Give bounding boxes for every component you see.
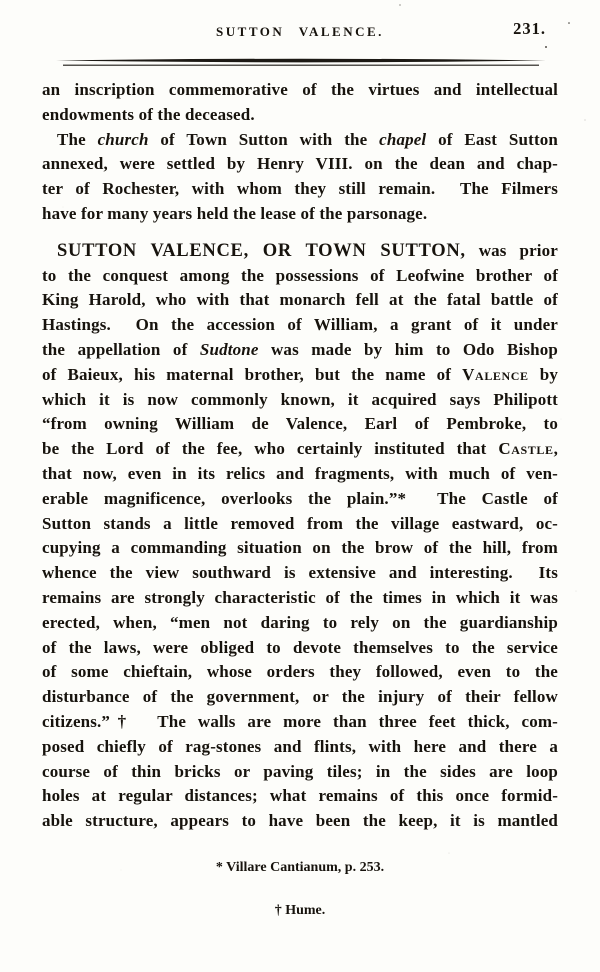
- text-line: erable magnificence, overlooks the plain…: [42, 487, 558, 512]
- text-line: SUTTON VALENCE, OR TOWN SUTTON, was prio…: [42, 239, 558, 264]
- text-line: be the Lord of the fee, who certainly in…: [42, 437, 558, 462]
- text-line: that now, even in its relics and fragmen…: [42, 462, 558, 487]
- text-line: of the laws, were obliged to devote them…: [42, 636, 558, 661]
- text-line: whence the view southward is extensive a…: [42, 561, 558, 586]
- text-line: to the conquest among the possessions of…: [42, 264, 558, 289]
- text-block: an inscription commemorative of the virt…: [42, 78, 558, 834]
- paragraph: SUTTON VALENCE, OR TOWN SUTTON, was prio…: [42, 239, 558, 834]
- header-rule: [56, 57, 546, 68]
- text-line: erected, when, “men not daring to rely o…: [42, 611, 558, 636]
- footnote-villare-cantianum: * Villare Cantianum, p. 253.: [42, 860, 558, 876]
- text-line: which it is now commonly known, it acqui…: [42, 388, 558, 413]
- text-line: holes at regular distances; what remains…: [42, 784, 558, 809]
- text-line: Sutton stands a little removed from the …: [42, 512, 558, 537]
- text-line: citizens.”† The walls are more than thre…: [42, 710, 558, 735]
- text-line: of Baieux, his maternal brother, but the…: [42, 363, 558, 388]
- paragraph: The church of Town Sutton with the chape…: [42, 128, 558, 227]
- text-line: “from owning William de Valence, Earl of…: [42, 412, 558, 437]
- text-line: disturbance of the government, or the in…: [42, 685, 558, 710]
- page-number: 231.: [513, 19, 546, 39]
- paragraph: an inscription commemorative of the virt…: [42, 78, 558, 128]
- text-line: The church of Town Sutton with the chape…: [42, 128, 558, 153]
- text-line: the appellation of Sudtone was made by h…: [42, 338, 558, 363]
- text-line: able structure, appears to have been the…: [42, 809, 558, 834]
- text-line: ter of Rochester, with whom they still r…: [42, 177, 558, 202]
- text-line: have for many years held the lease of th…: [42, 202, 558, 227]
- footnote-hume: † Hume.: [42, 903, 558, 919]
- text-line: of some chieftain, whose orders they fol…: [42, 660, 558, 685]
- text-line: endowments of the deceased.: [42, 103, 558, 128]
- text-line: cupying a commanding situation on the br…: [42, 536, 558, 561]
- book-page: SUTTON VALENCE. 231. an inscription comm…: [0, 0, 600, 972]
- text-line: remains are strongly characteristic of t…: [42, 586, 558, 611]
- text-line: an inscription commemorative of the virt…: [42, 78, 558, 103]
- running-header: SUTTON VALENCE.: [42, 24, 558, 40]
- text-line: annexed, were settled by Henry VIII. on …: [42, 152, 558, 177]
- text-line: course of thin bricks or paving tiles; i…: [42, 760, 558, 785]
- text-line: Hastings. On the accession of William, a…: [42, 313, 558, 338]
- text-line: King Harold, who with that monarch fell …: [42, 288, 558, 313]
- text-line: posed chiefly of rag-stones and flints, …: [42, 735, 558, 760]
